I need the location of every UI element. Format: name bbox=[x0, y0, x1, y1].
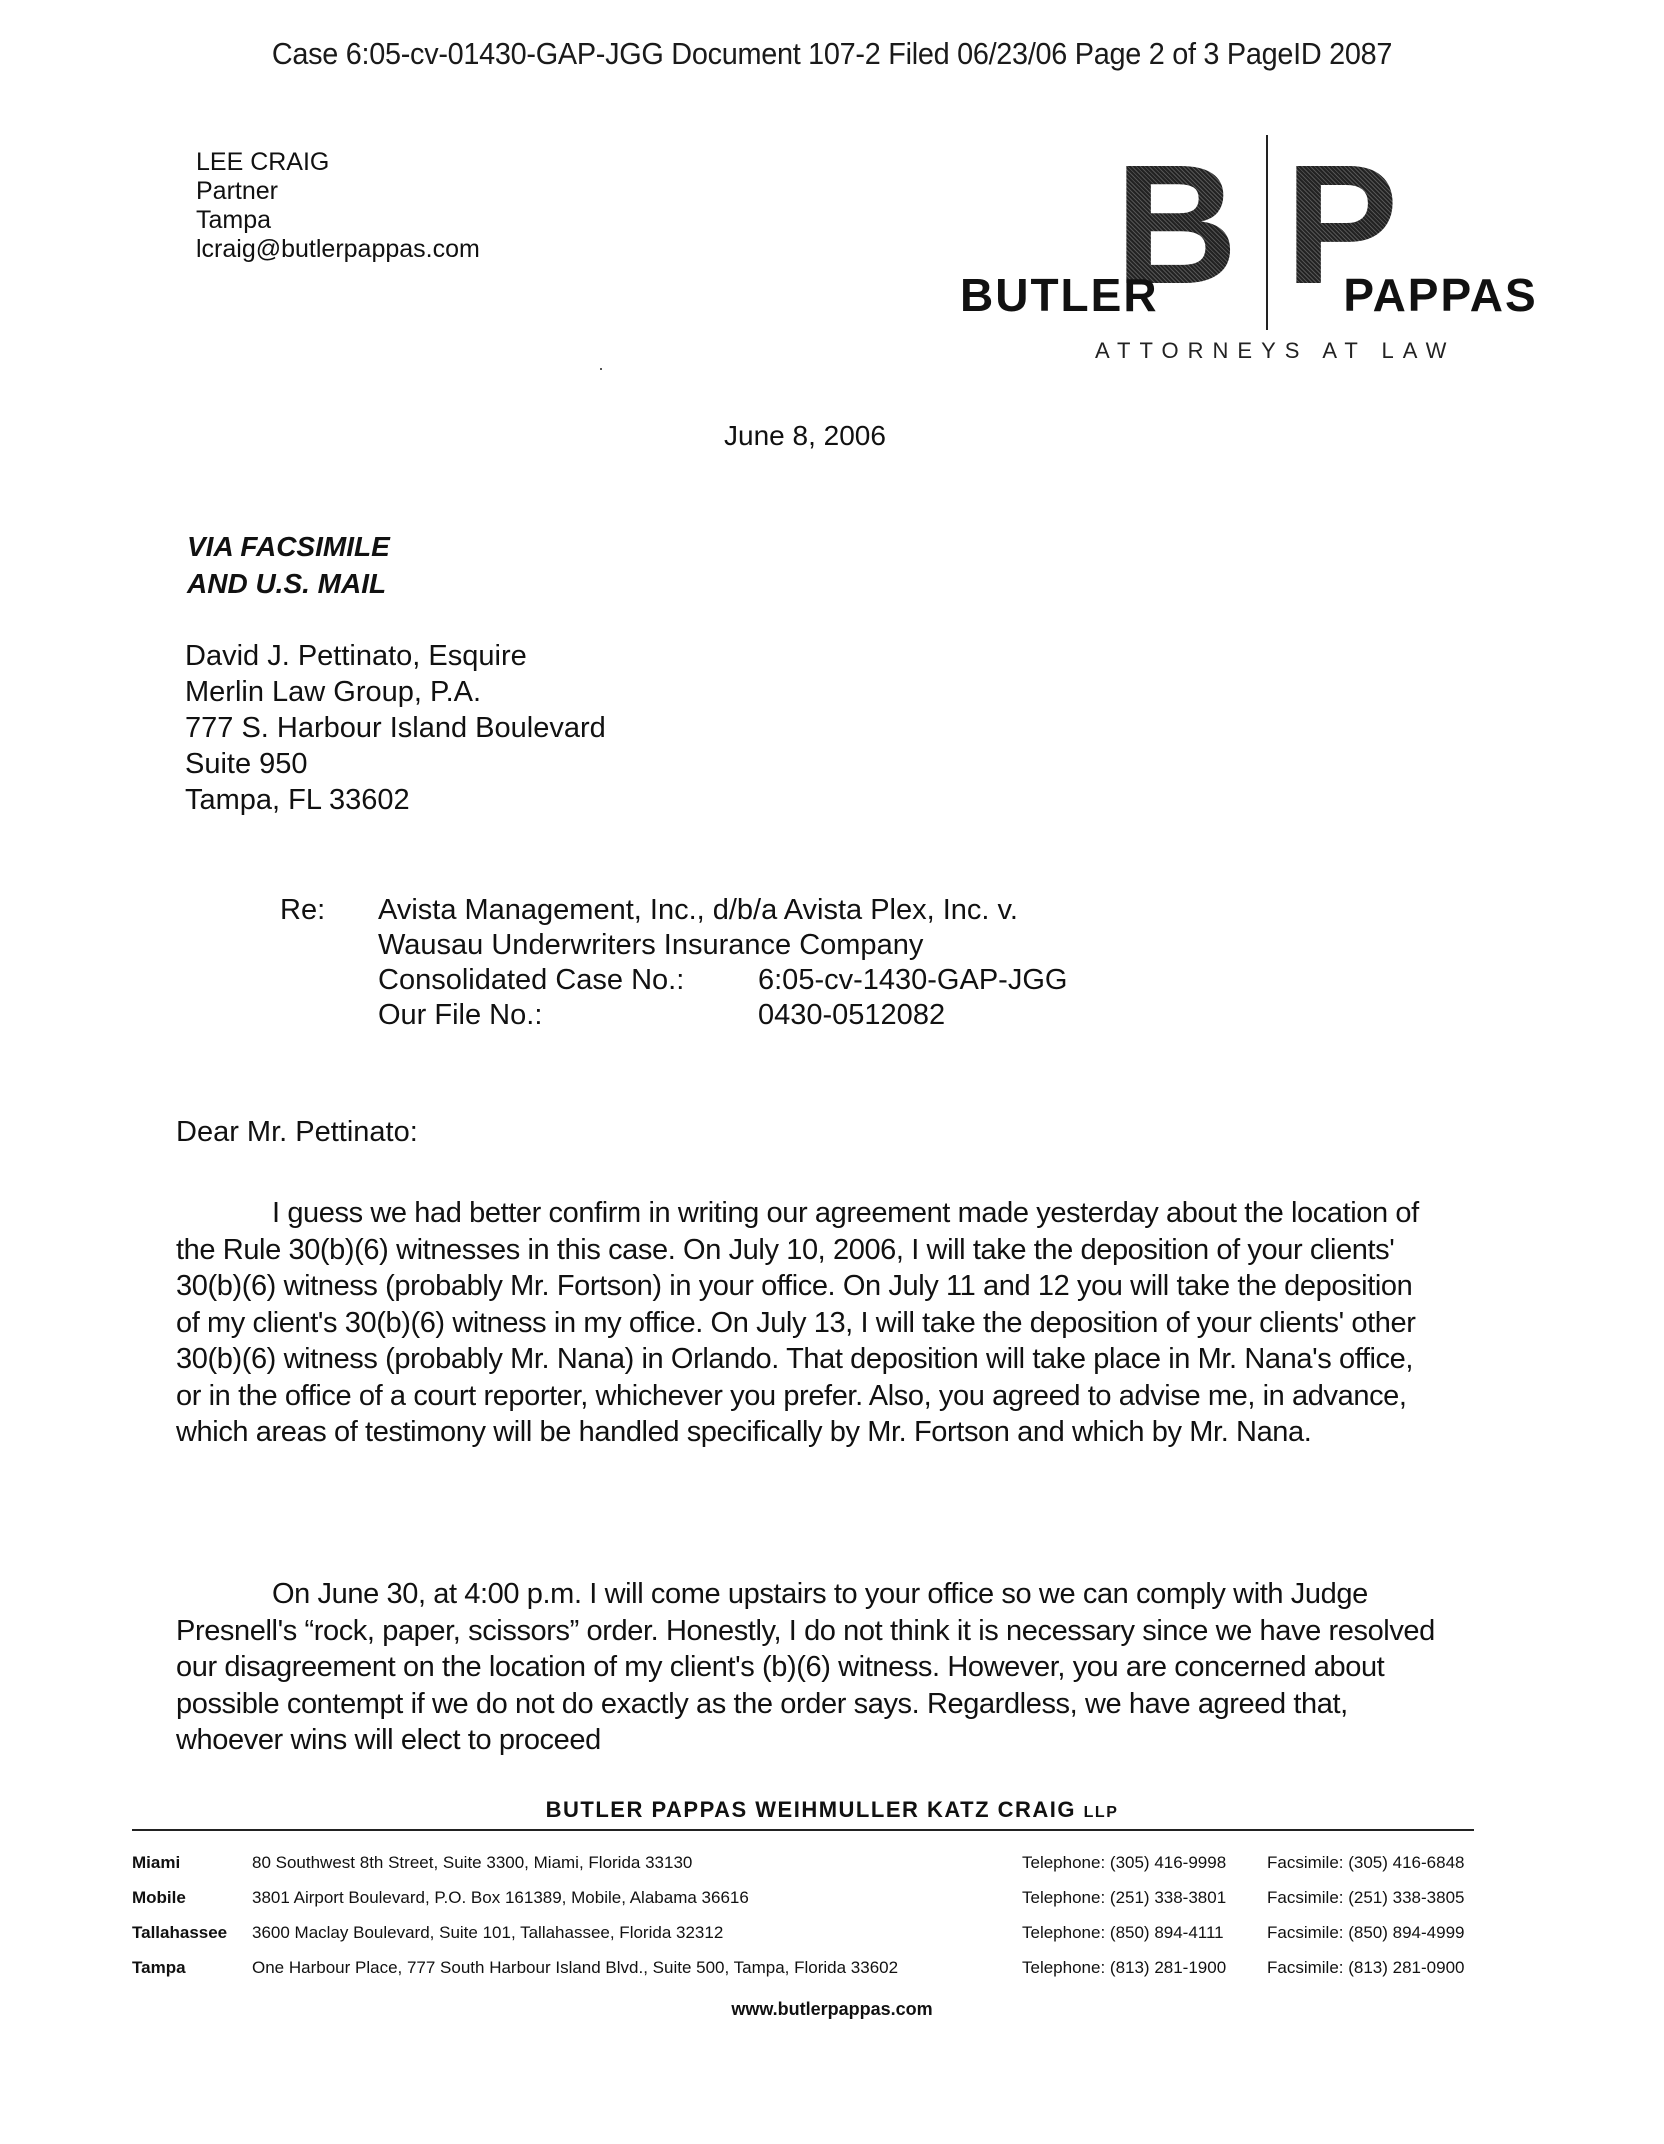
scan-speck bbox=[600, 368, 602, 370]
re-label: Re: bbox=[280, 893, 325, 928]
re-case-number-row: Consolidated Case No.: 6:05-cv-1430-GAP-… bbox=[378, 963, 1067, 998]
logo-firm-name: BUTLER PAPPAS bbox=[960, 268, 1430, 322]
office-telephone: Telephone: (850) 894-4111 bbox=[1022, 1923, 1224, 1943]
sender-office: Tampa bbox=[196, 206, 480, 235]
court-filing-header: Case 6:05-cv-01430-GAP-JGG Document 107-… bbox=[58, 36, 1606, 72]
footer-offices: Miami 80 Southwest 8th Street, Suite 330… bbox=[132, 1853, 1474, 1993]
recipient-firm: Merlin Law Group, P.A. bbox=[185, 674, 606, 710]
office-city: Mobile bbox=[132, 1888, 186, 1908]
sender-email: lcraig@butlerpappas.com bbox=[196, 235, 480, 264]
re-caption-line: Wausau Underwriters Insurance Company bbox=[378, 928, 1067, 963]
body-paragraph-text: I guess we had better confirm in writing… bbox=[176, 1197, 1419, 1448]
recipient-city: Tampa, FL 33602 bbox=[185, 782, 606, 818]
office-row: Tampa One Harbour Place, 777 South Harbo… bbox=[132, 1958, 1474, 1993]
re-caption-line: Avista Management, Inc., d/b/a Avista Pl… bbox=[378, 893, 1067, 928]
office-city: Miami bbox=[132, 1853, 180, 1873]
logo-tagline: ATTORNEYS AT LAW bbox=[1095, 338, 1455, 364]
office-row: Tallahassee 3600 Maclay Boulevard, Suite… bbox=[132, 1923, 1474, 1958]
office-city: Tallahassee bbox=[132, 1923, 227, 1943]
firm-logo: B P BUTLER PAPPAS ATTORNEYS AT LAW bbox=[960, 130, 1500, 370]
letter-date: June 8, 2006 bbox=[724, 420, 886, 452]
recipient-name: David J. Pettinato, Esquire bbox=[185, 638, 606, 674]
recipient-address: David J. Pettinato, Esquire Merlin Law G… bbox=[185, 638, 606, 818]
office-facsimile: Facsimile: (251) 338-3805 bbox=[1267, 1888, 1464, 1908]
sender-block: LEE CRAIG Partner Tampa lcraig@butlerpap… bbox=[196, 148, 480, 264]
logo-firm-name-text: BUTLER PAPPAS bbox=[960, 268, 1538, 322]
office-address: 3600 Maclay Boulevard, Suite 101, Tallah… bbox=[252, 1923, 723, 1943]
recipient-street: 777 S. Harbour Island Boulevard bbox=[185, 710, 606, 746]
office-telephone: Telephone: (305) 416-9998 bbox=[1022, 1853, 1226, 1873]
body-paragraph: On June 30, at 4:00 p.m. I will come ups… bbox=[176, 1576, 1436, 1759]
footer-firm-name: BUTLER PAPPAS WEIHMULLER KATZ CRAIG LLP bbox=[0, 1797, 1664, 1823]
office-row: Miami 80 Southwest 8th Street, Suite 330… bbox=[132, 1853, 1474, 1888]
file-number-value: 0430-0512082 bbox=[758, 998, 945, 1033]
footer-firm-suffix: LLP bbox=[1084, 1804, 1119, 1821]
office-address: One Harbour Place, 777 South Harbour Isl… bbox=[252, 1958, 898, 1978]
case-number-value: 6:05-cv-1430-GAP-JGG bbox=[758, 963, 1067, 998]
body-paragraph: I guess we had better confirm in writing… bbox=[176, 1195, 1436, 1451]
case-number-label: Consolidated Case No.: bbox=[378, 963, 758, 998]
office-facsimile: Facsimile: (305) 416-6848 bbox=[1267, 1853, 1464, 1873]
sender-name: LEE CRAIG bbox=[196, 148, 480, 177]
office-facsimile: Facsimile: (850) 894-4999 bbox=[1267, 1923, 1464, 1943]
office-address: 3801 Airport Boulevard, P.O. Box 161389,… bbox=[252, 1888, 749, 1908]
delivery-line: AND U.S. MAIL bbox=[187, 565, 390, 602]
footer-firm-name-text: BUTLER PAPPAS WEIHMULLER KATZ CRAIG bbox=[546, 1797, 1076, 1822]
footer-rule bbox=[132, 1829, 1474, 1831]
delivery-line: VIA FACSIMILE bbox=[187, 528, 390, 565]
salutation: Dear Mr. Pettinato: bbox=[176, 1116, 418, 1149]
office-telephone: Telephone: (813) 281-1900 bbox=[1022, 1958, 1226, 1978]
sender-title: Partner bbox=[196, 177, 480, 206]
delivery-method: VIA FACSIMILE AND U.S. MAIL bbox=[187, 528, 390, 602]
office-telephone: Telephone: (251) 338-3801 bbox=[1022, 1888, 1226, 1908]
footer-website-link[interactable]: www.butlerpappas.com bbox=[0, 1999, 1664, 2020]
office-row: Mobile 3801 Airport Boulevard, P.O. Box … bbox=[132, 1888, 1474, 1923]
office-address: 80 Southwest 8th Street, Suite 3300, Mia… bbox=[252, 1853, 692, 1873]
file-number-label: Our File No.: bbox=[378, 998, 758, 1033]
re-file-number-row: Our File No.: 0430-0512082 bbox=[378, 998, 1067, 1033]
body-paragraph-text: On June 30, at 4:00 p.m. I will come ups… bbox=[176, 1578, 1435, 1756]
recipient-suite: Suite 950 bbox=[185, 746, 606, 782]
re-lines: Avista Management, Inc., d/b/a Avista Pl… bbox=[378, 893, 1067, 1033]
office-city: Tampa bbox=[132, 1958, 186, 1978]
office-facsimile: Facsimile: (813) 281-0900 bbox=[1267, 1958, 1464, 1978]
